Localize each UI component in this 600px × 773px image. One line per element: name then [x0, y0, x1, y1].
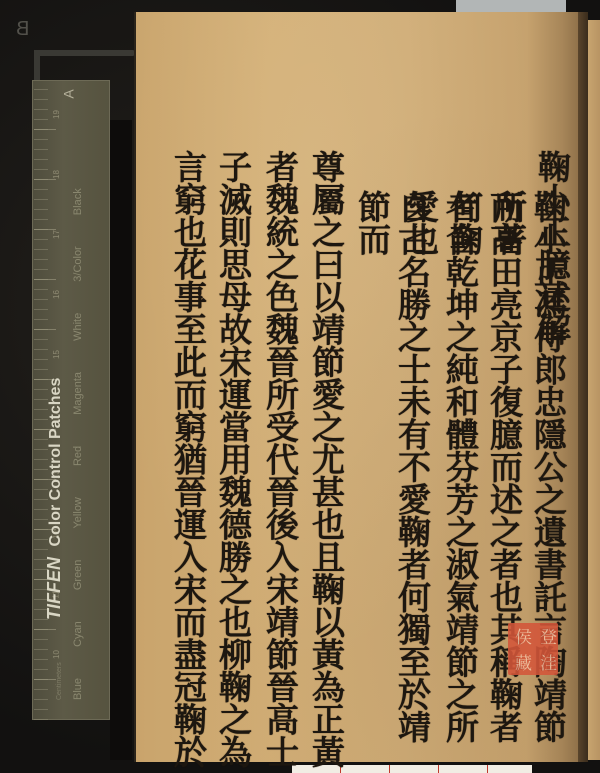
- color-label-red: Red: [72, 446, 84, 466]
- background-letters: B: [14, 18, 29, 41]
- text-column-4: 自古名勝之士未有不愛鞠者何獨至於靖節而: [352, 190, 432, 773]
- color-label-blue: Blue: [72, 678, 84, 700]
- tiffen-logo: TIFFEN: [44, 557, 64, 620]
- ruler-brand-label: TIFFEN Color Control Patches: [44, 378, 65, 620]
- book-spine-shadow: [110, 120, 132, 760]
- text-column-8: 言窮也花事至此而窮猶晉運入宋而盡冠鞠於: [168, 150, 208, 768]
- ruler-number: 15: [52, 350, 61, 359]
- seal-char: 侯: [508, 623, 533, 649]
- color-label-yellow: Yellow: [72, 497, 84, 528]
- ruler-number: 10: [52, 650, 61, 659]
- color-label-green: Green: [72, 560, 84, 591]
- ruler-number: 16: [52, 290, 61, 299]
- seal-char: 登: [533, 623, 558, 649]
- ruler-mark: A: [61, 89, 77, 98]
- ruler-title: Color Control Patches: [47, 378, 64, 547]
- color-label-black: Black: [72, 188, 84, 215]
- ruler-units-label: Centimeters: [56, 662, 63, 700]
- adjacent-page-edge: [588, 20, 600, 760]
- seal-char: 洼: [533, 649, 558, 675]
- color-label-3color: 3/Color: [72, 246, 84, 281]
- ruler-number: 19: [52, 110, 61, 119]
- frame-edge-vertical: [34, 50, 40, 80]
- color-label-white: White: [72, 313, 84, 341]
- page-gutter: [578, 12, 588, 762]
- red-seal-stamp: 登 洼 侯 藏: [508, 623, 558, 675]
- color-label-cyan: Cyan: [72, 621, 84, 647]
- ruler-number: 17: [52, 230, 61, 239]
- text-column-7: 子滅則思母故宋運當用魏德勝之也柳鞠之為: [213, 150, 253, 768]
- seal-char: 藏: [508, 649, 533, 675]
- ruler-color-labels: Blue Cyan Green Yellow Red Magenta White…: [72, 160, 84, 700]
- color-label-magenta: Magenta: [72, 372, 84, 415]
- frame-edge: [34, 50, 134, 56]
- text-column-6: 者魏統之色魏晉所受代晉後入宋靖節晉高士: [260, 150, 300, 768]
- ruler-number: 18: [52, 170, 61, 179]
- text-column-5: 尊屬之曰以靖節愛之尤甚也且鞠以黃為正黃: [306, 150, 346, 768]
